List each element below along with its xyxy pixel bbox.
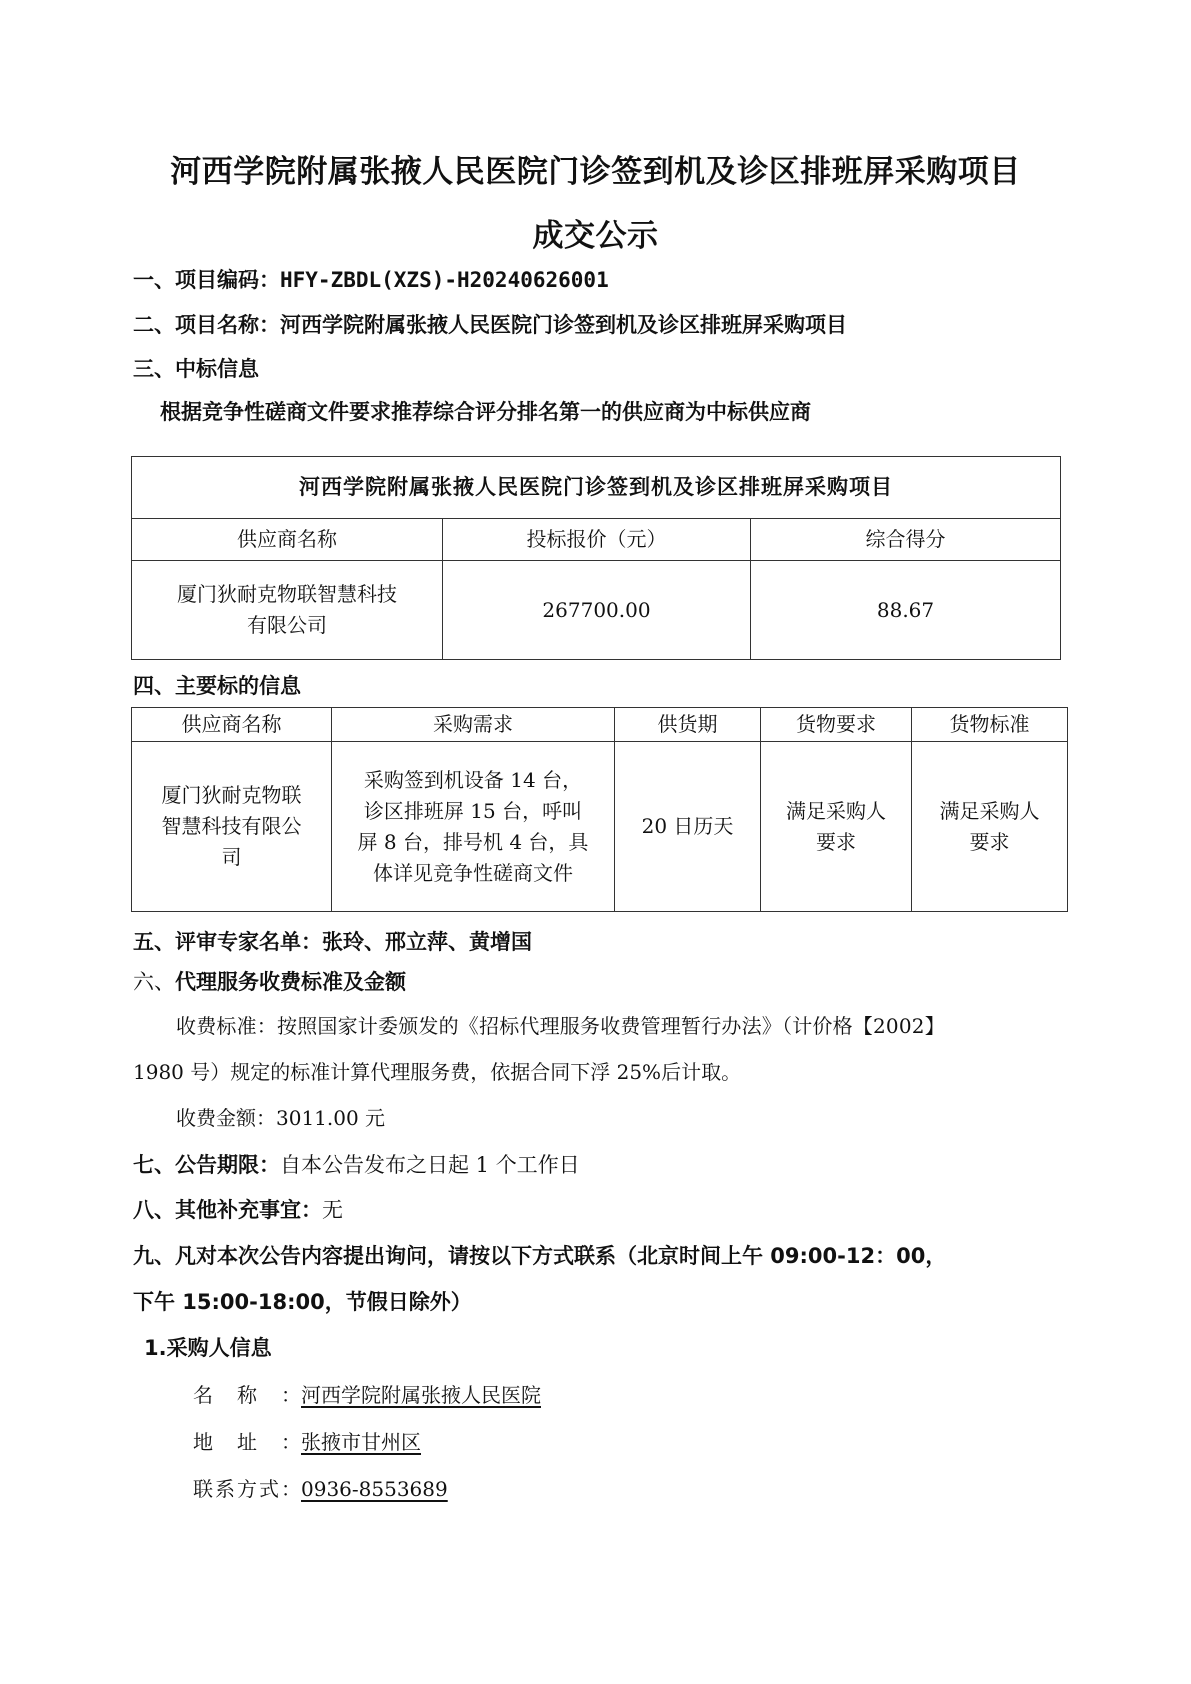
- page-subtitle: 成交公示: [0, 210, 1191, 255]
- award-table: 河西学院附属张掖人民医院门诊签到机及诊区排班屏采购项目 供应商名称 投标报价（元…: [131, 456, 1061, 660]
- price-cell: 267700.00: [443, 561, 751, 660]
- supplementary-row: 八、其他补充事宜：无: [133, 1194, 343, 1224]
- award-note: 根据竞争性磋商文件要求推荐综合评分排名第一的供应商为中标供应商: [160, 396, 811, 426]
- subject-info-heading: 四、主要标的信息: [133, 670, 301, 700]
- award-info-heading: 三、中标信息: [133, 353, 259, 383]
- purchaser-contact-label: 联系方式：: [193, 1473, 301, 1502]
- fee-heading-label: 代理服务收费标准及金额: [175, 970, 406, 994]
- column-header-goods-requirement: 货物要求: [761, 708, 912, 742]
- column-header-supplier: 供应商名称: [132, 708, 332, 742]
- fee-heading-prefix: 六、: [133, 970, 175, 994]
- experts-value: 张玲、邢立萍、黄增国: [322, 930, 532, 954]
- supplier-cell: 厦门狄耐克物联 智慧科技有限公 司: [132, 742, 332, 912]
- inquiry-line2: 下午 15:00-18:00，节假日除外）: [133, 1286, 472, 1316]
- supplier-cell: 厦门狄耐克物联智慧科技 有限公司: [132, 561, 443, 660]
- experts-row: 五、评审专家名单：张玲、邢立萍、黄增国: [133, 926, 532, 956]
- column-header-score: 综合得分: [751, 519, 1061, 561]
- fee-heading: 六、代理服务收费标准及金额: [133, 966, 406, 996]
- purchaser-name-value: 河西学院附属张掖人民医院: [301, 1383, 541, 1407]
- project-name-row: 二、项目名称：河西学院附属张掖人民医院门诊签到机及诊区排班屏采购项目: [133, 309, 847, 339]
- project-name-label: 二、项目名称：: [133, 313, 280, 337]
- project-code-value: HFY-ZBDL(XZS)-H20240626001: [280, 268, 609, 292]
- project-name-value: 河西学院附属张掖人民医院门诊签到机及诊区排班屏采购项目: [280, 313, 847, 337]
- table-row: 厦门狄耐克物联 智慧科技有限公 司 采购签到机设备 14 台， 诊区排班屏 15…: [132, 742, 1068, 912]
- supplementary-label: 八、其他补充事宜：: [133, 1198, 322, 1222]
- requirement-cell: 采购签到机设备 14 台， 诊区排班屏 15 台，呼叫 屏 8 台，排号机 4 …: [332, 742, 615, 912]
- purchaser-address-row: 地址：张掖市甘州区: [193, 1426, 421, 1455]
- column-header-requirement: 采购需求: [332, 708, 615, 742]
- purchaser-contact-row: 联系方式：0936-8553689: [193, 1473, 448, 1502]
- score-cell: 88.67: [751, 561, 1061, 660]
- notice-period-value: 自本公告发布之日起 1 个工作日: [280, 1153, 580, 1177]
- inquiry-line1: 九、凡对本次公告内容提出询问，请按以下方式联系（北京时间上午 09:00-12：…: [133, 1240, 946, 1270]
- delivery-cell: 20 日历天: [615, 742, 761, 912]
- purchaser-name-row: 名称：河西学院附属张掖人民医院: [193, 1379, 541, 1408]
- fee-standard-line1: 收费标准：按照国家计委颁发的《招标代理服务收费管理暂行办法》（计价格【2002】: [176, 1010, 945, 1039]
- fee-amount: 收费金额：3011.00 元: [176, 1102, 385, 1131]
- notice-period-label: 七、公告期限：: [133, 1153, 280, 1177]
- column-header-delivery: 供货期: [615, 708, 761, 742]
- column-header-supplier: 供应商名称: [132, 519, 443, 561]
- experts-label: 五、评审专家名单：: [133, 930, 322, 954]
- purchaser-heading: 1.采购人信息: [144, 1332, 272, 1362]
- purchaser-contact-value: 0936-8553689: [301, 1477, 448, 1501]
- fee-standard-line2: 1980 号）规定的标准计算代理服务费，依据合同下浮 25%后计取。: [133, 1056, 741, 1085]
- project-code-label: 一、项目编码：: [133, 268, 280, 292]
- goods-requirement-cell: 满足采购人 要求: [761, 742, 912, 912]
- goods-standard-cell: 满足采购人 要求: [912, 742, 1068, 912]
- subject-table: 供应商名称 采购需求 供货期 货物要求 货物标准 厦门狄耐克物联 智慧科技有限公…: [131, 707, 1068, 912]
- project-code-row: 一、项目编码：HFY-ZBDL(XZS)-H20240626001: [133, 264, 609, 294]
- column-header-goods-standard: 货物标准: [912, 708, 1068, 742]
- purchaser-name-label: 名称：: [193, 1379, 301, 1408]
- purchaser-address-value: 张掖市甘州区: [301, 1430, 421, 1454]
- notice-period-row: 七、公告期限：自本公告发布之日起 1 个工作日: [133, 1149, 580, 1179]
- purchaser-address-label: 地址：: [193, 1426, 301, 1455]
- award-table-title: 河西学院附属张掖人民医院门诊签到机及诊区排班屏采购项目: [132, 457, 1061, 519]
- table-row: 厦门狄耐克物联智慧科技 有限公司 267700.00 88.67: [132, 561, 1061, 660]
- page-title: 河西学院附属张掖人民医院门诊签到机及诊区排班屏采购项目: [0, 146, 1191, 191]
- column-header-price: 投标报价（元）: [443, 519, 751, 561]
- supplementary-value: 无: [322, 1198, 343, 1222]
